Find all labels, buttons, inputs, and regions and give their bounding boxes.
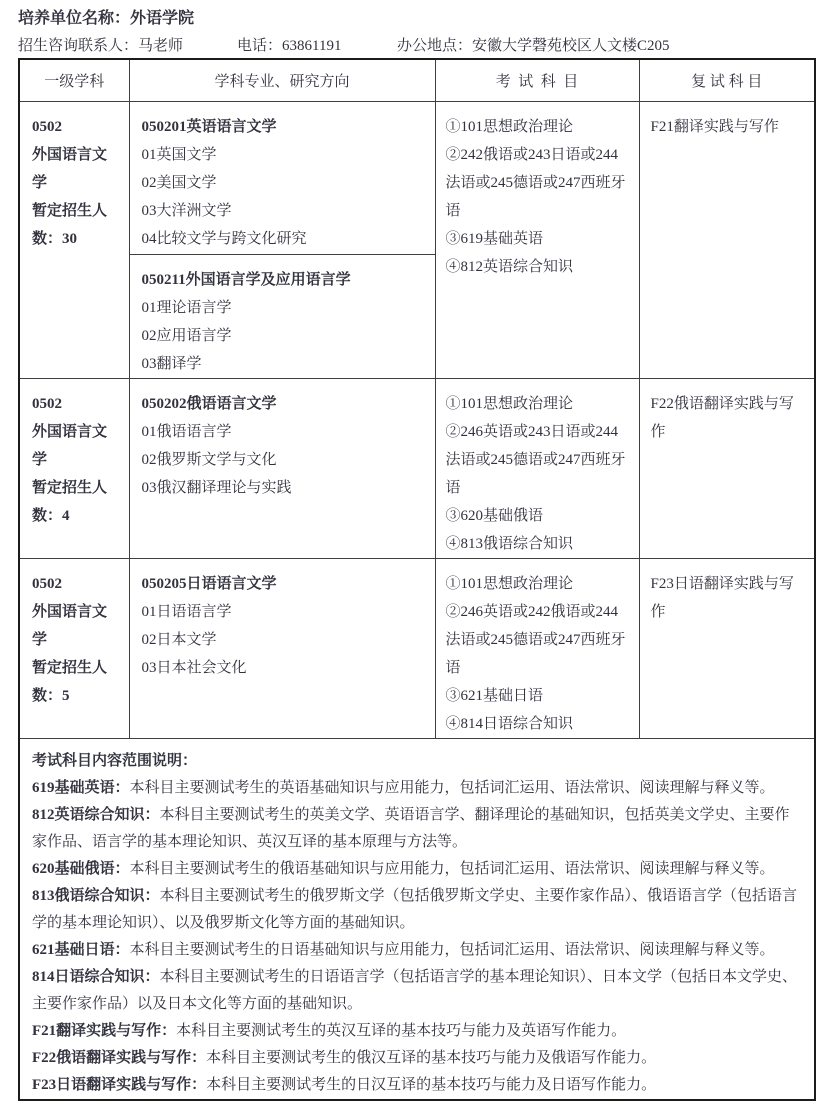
program-title: 050211外国语言学及应用语言学 — [142, 266, 423, 294]
quota-value: 30 — [62, 231, 77, 247]
program-block: 050211外国语言学及应用语言学 01理论语言学 02应用语言学 03翻译学 — [130, 255, 435, 378]
exam-subject: ④813俄语综合知识 — [446, 530, 629, 558]
research-direction: 02美国文学 — [142, 169, 423, 197]
discipline-name: 外国语言文学 — [32, 141, 117, 197]
exam-subject: ①101思想政治理论 — [446, 570, 629, 598]
programs-cell: 050201英语语言文学 01英国文学 02美国文学 03大洋洲文学 04比较文… — [129, 101, 435, 378]
notes-title: 考试科目内容范围说明： — [32, 748, 802, 775]
header-exam-subjects: 考 试 科 目 — [435, 59, 639, 101]
program-title: 050202俄语语言文学 — [142, 390, 423, 418]
research-direction: 02俄罗斯文学与文化 — [142, 446, 423, 474]
table-row: 0502 外国语言文学 暂定招生人数：4 050202俄语语言文学 01俄语语言… — [19, 378, 815, 558]
exam-subject: ④812英语综合知识 — [446, 253, 629, 281]
office-label: 办公地点： — [397, 38, 472, 54]
note-label: 813俄语综合知识： — [32, 888, 160, 904]
admissions-table: 一级学科 学科专业、研究方向 考 试 科 目 复 试 科 目 0502 外国语言… — [18, 58, 816, 1101]
contact-line: 招生咨询联系人：马老师电话：63861191办公地点：安徽大学磬苑校区人文楼C2… — [18, 35, 818, 57]
research-direction: 03大洋洲文学 — [142, 197, 423, 225]
note-text: 本科目主要测试考生的俄语基础知识与应用能力，包括词汇运用、语法常识、阅读理解与释… — [130, 861, 775, 877]
exam-subject: ①101思想政治理论 — [446, 390, 629, 418]
exam-subject: ④814日语综合知识 — [446, 710, 629, 738]
research-direction: 03翻译学 — [142, 350, 423, 378]
exam-subject: ③621基础日语 — [446, 682, 629, 710]
program-block: 050201英语语言文学 01英国文学 02美国文学 03大洋洲文学 04比较文… — [130, 102, 435, 255]
exam-subject: ②246英语或242俄语或244法语或245德语或247西班牙语 — [446, 598, 629, 682]
retest-subject-cell: F23日语翻译实践与写作 — [639, 558, 815, 738]
note-label: 621基础日语： — [32, 942, 130, 958]
header-major-direction: 学科专业、研究方向 — [129, 59, 435, 101]
retest-subject: F23日语翻译实践与写作 — [651, 570, 805, 626]
discipline-code: 0502 — [32, 570, 117, 598]
research-direction: 01俄语语言学 — [142, 418, 423, 446]
exam-subject: ①101思想政治理论 — [446, 113, 629, 141]
discipline-cell: 0502 外国语言文学 暂定招生人数：30 — [19, 101, 129, 378]
unit-name-line: 培养单位名称：外语学院 — [18, 8, 818, 30]
program-block: 050205日语语言文学 01日语语言学 02日本文学 03日本社会文化 — [130, 559, 435, 682]
exam-subject: ②246英语或243日语或244法语或245德语或247西班牙语 — [446, 418, 629, 502]
note-item: F22俄语翻译实践与写作：本科目主要测试考生的俄汉互译的基本技巧与能力及俄语写作… — [32, 1045, 802, 1072]
exam-subject: ③620基础俄语 — [446, 502, 629, 530]
exam-subject: ②242俄语或243日语或244法语或245德语或247西班牙语 — [446, 141, 629, 225]
office-value: 安徽大学磬苑校区人文楼C205 — [472, 38, 670, 54]
quota-line: 暂定招生人数：5 — [32, 654, 117, 710]
discipline-name: 外国语言文学 — [32, 598, 117, 654]
office-segment: 办公地点：安徽大学磬苑校区人文楼C205 — [397, 35, 670, 57]
unit-name: 外语学院 — [130, 10, 194, 27]
note-text: 本科目主要测试考生的俄汉互译的基本技巧与能力及俄语写作能力。 — [206, 1050, 656, 1066]
research-direction: 02应用语言学 — [142, 322, 423, 350]
research-direction: 03日本社会文化 — [142, 654, 423, 682]
retest-subject-cell: F22俄语翻译实践与写作 — [639, 378, 815, 558]
note-item: 814日语综合知识：本科目主要测试考生的日语语言学（包括语言学的基本理论知识）、… — [32, 964, 802, 1018]
exam-subjects-cell: ①101思想政治理论 ②242俄语或243日语或244法语或245德语或247西… — [435, 101, 639, 378]
note-label: 812英语综合知识： — [32, 807, 160, 823]
note-label: F23日语翻译实践与写作： — [32, 1077, 206, 1093]
retest-subject: F21翻译实践与写作 — [651, 113, 805, 141]
note-text: 本科目主要测试考生的英汉互译的基本技巧与能力及英语写作能力。 — [176, 1023, 626, 1039]
note-label: 814日语综合知识： — [32, 969, 160, 985]
discipline-cell: 0502 外国语言文学 暂定招生人数：5 — [19, 558, 129, 738]
note-label: F21翻译实践与写作： — [32, 1023, 176, 1039]
exam-subject: ③619基础英语 — [446, 225, 629, 253]
contact-label: 招生咨询联系人： — [18, 38, 138, 54]
research-direction: 03俄汉翻译理论与实践 — [142, 474, 423, 502]
note-item: 621基础日语：本科目主要测试考生的日语基础知识与应用能力，包括词汇运用、语法常… — [32, 937, 802, 964]
table-row: 0502 外国语言文学 暂定招生人数：30 050201英语语言文学 01英国文… — [19, 101, 815, 378]
contact-name: 马老师 — [138, 38, 183, 54]
note-label: 620基础俄语： — [32, 861, 130, 877]
note-label: F22俄语翻译实践与写作： — [32, 1050, 206, 1066]
note-label: 619基础英语： — [32, 780, 130, 796]
discipline-code: 0502 — [32, 113, 117, 141]
note-item: F21翻译实践与写作：本科目主要测试考生的英汉互译的基本技巧与能力及英语写作能力… — [32, 1018, 802, 1045]
note-item: 812英语综合知识：本科目主要测试考生的英美文学、英语语言学、翻译理论的基础知识… — [32, 802, 802, 856]
note-item: 813俄语综合知识：本科目主要测试考生的俄罗斯文学（包括俄罗斯文学史、主要作家作… — [32, 883, 802, 937]
retest-subject-cell: F21翻译实践与写作 — [639, 101, 815, 378]
note-item: F23日语翻译实践与写作：本科目主要测试考生的日汉互译的基本技巧与能力及日语写作… — [32, 1072, 802, 1099]
research-direction: 01英国文学 — [142, 141, 423, 169]
quota-line: 暂定招生人数：30 — [32, 197, 117, 253]
exam-subjects-cell: ①101思想政治理论 ②246英语或243日语或244法语或245德语或247西… — [435, 378, 639, 558]
program-title: 050205日语语言文学 — [142, 570, 423, 598]
phone-segment: 电话：63861191 — [237, 35, 397, 57]
table-header-row: 一级学科 学科专业、研究方向 考 试 科 目 复 试 科 目 — [19, 59, 815, 101]
discipline-code: 0502 — [32, 390, 117, 418]
notes-row: 考试科目内容范围说明： 619基础英语：本科目主要测试考生的英语基础知识与应用能… — [19, 738, 815, 1100]
notes-cell: 考试科目内容范围说明： 619基础英语：本科目主要测试考生的英语基础知识与应用能… — [19, 738, 815, 1100]
note-item: 620基础俄语：本科目主要测试考生的俄语基础知识与应用能力，包括词汇运用、语法常… — [32, 856, 802, 883]
discipline-cell: 0502 外国语言文学 暂定招生人数：4 — [19, 378, 129, 558]
note-text: 本科目主要测试考生的日汉互译的基本技巧与能力及日语写作能力。 — [206, 1077, 656, 1093]
note-item: 619基础英语：本科目主要测试考生的英语基础知识与应用能力，包括词汇运用、语法常… — [32, 775, 802, 802]
quota-value: 5 — [62, 688, 70, 704]
program-title: 050201英语语言文学 — [142, 113, 423, 141]
research-direction: 01日语语言学 — [142, 598, 423, 626]
phone-value: 63861191 — [282, 38, 341, 54]
research-direction: 02日本文学 — [142, 626, 423, 654]
retest-subject: F22俄语翻译实践与写作 — [651, 390, 805, 446]
note-text: 本科目主要测试考生的英语基础知识与应用能力，包括词汇运用、语法常识、阅读理解与释… — [130, 780, 775, 796]
quota-value: 4 — [62, 508, 70, 524]
exam-subjects-cell: ①101思想政治理论 ②246英语或242俄语或244法语或245德语或247西… — [435, 558, 639, 738]
document-header: 培养单位名称：外语学院 招生咨询联系人：马老师电话：63861191办公地点：安… — [18, 8, 818, 57]
header-discipline: 一级学科 — [19, 59, 129, 101]
document-page: 培养单位名称：外语学院 招生咨询联系人：马老师电话：63861191办公地点：安… — [0, 0, 832, 1114]
phone-label: 电话： — [237, 38, 282, 54]
contact-segment: 招生咨询联系人：马老师 — [18, 35, 237, 57]
research-direction: 04比较文学与跨文化研究 — [142, 225, 423, 253]
table-row: 0502 外国语言文学 暂定招生人数：5 050205日语语言文学 01日语语言… — [19, 558, 815, 738]
programs-cell: 050202俄语语言文学 01俄语语言学 02俄罗斯文学与文化 03俄汉翻译理论… — [129, 378, 435, 558]
programs-cell: 050205日语语言文学 01日语语言学 02日本文学 03日本社会文化 — [129, 558, 435, 738]
discipline-name: 外国语言文学 — [32, 418, 117, 474]
unit-label: 培养单位名称： — [18, 10, 130, 27]
program-block: 050202俄语语言文学 01俄语语言学 02俄罗斯文学与文化 03俄汉翻译理论… — [130, 379, 435, 502]
quota-line: 暂定招生人数：4 — [32, 474, 117, 530]
header-retest-subjects: 复 试 科 目 — [639, 59, 815, 101]
research-direction: 01理论语言学 — [142, 294, 423, 322]
note-text: 本科目主要测试考生的日语基础知识与应用能力，包括词汇运用、语法常识、阅读理解与释… — [130, 942, 775, 958]
